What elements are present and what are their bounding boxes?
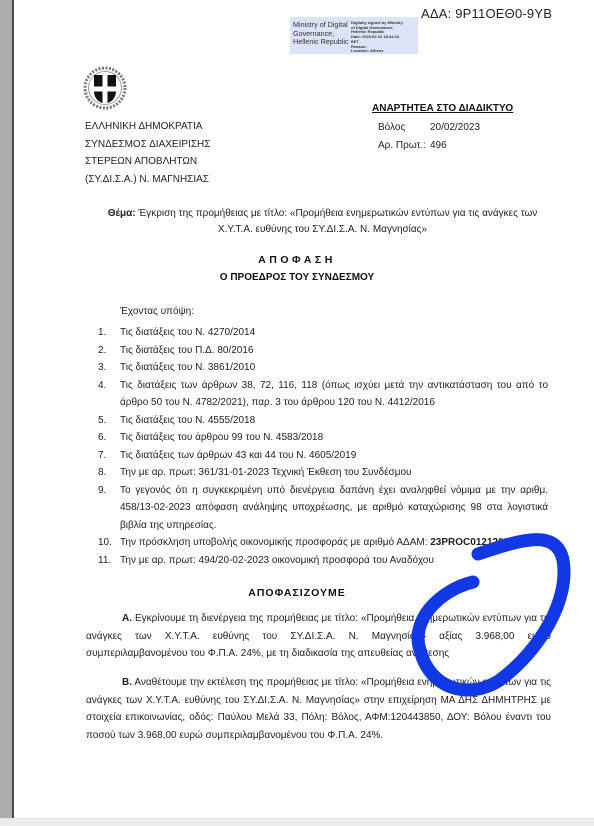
issuer-line: ΣΤΕΡΕΩΝ ΑΠΟΒΛΗΤΩΝ bbox=[85, 153, 210, 171]
consideration-number: 8. bbox=[98, 464, 120, 482]
subject-text: Έγκριση της προμήθειας με τίτλο: «Προμήθ… bbox=[138, 208, 537, 235]
consideration-text: Τις διατάξεις του Ν. 4555/2018 bbox=[120, 412, 548, 430]
signature-details: Digitally signed by Ministry of Digital … bbox=[351, 19, 415, 52]
issuer-block: ΕΛΛΗΝΙΚΗ ΔΗΜΟΚΡΑΤΙΑ ΣΥΝΔΕΣΜΟΣ ΔΙΑΧΕΙΡΙΣΗ… bbox=[85, 118, 210, 188]
consideration-item: 6.Τις διατάξεις του άρθρου 99 του Ν. 458… bbox=[98, 429, 548, 447]
subject-label: Θέμα: bbox=[108, 208, 136, 219]
posted-online-label: ΑΝΑΡΤΗΤΕΑ ΣΤΟ ΔΙΑΔΙΚΤΥΟ bbox=[372, 103, 513, 114]
greek-coat-of-arms-icon bbox=[83, 66, 127, 110]
document-date: 20/02/2023 bbox=[430, 119, 480, 137]
decision-title: ΑΠΟΦΑΣΗ bbox=[0, 254, 594, 266]
issuer-line: ΣΥΝΔΕΣΜΟΣ ΔΙΑΧΕΙΡΙΣΗΣ bbox=[85, 136, 210, 154]
consideration-text: Τις διατάξεις των άρθρων 38, 72, 116, 11… bbox=[120, 377, 548, 412]
consideration-item: 11.Την με αρ. πρωτ: 494/20-02-2023 οικον… bbox=[98, 552, 548, 570]
consideration-text: Τις διατάξεις του Ν. 3861/2010 bbox=[120, 359, 548, 377]
protocol-label: Αρ. Πρωτ.: bbox=[378, 137, 430, 155]
consideration-item: 3.Τις διατάξεις του Ν. 3861/2010 bbox=[98, 359, 548, 377]
paragraph-b: Β. Αναθέτουμε την εκτέλεση της προμήθεια… bbox=[86, 674, 551, 744]
consideration-text: Τις διατάξεις του Π.Δ. 80/2016 bbox=[120, 342, 548, 360]
consideration-item: 7.Τις διατάξεις των άρθρων 43 και 44 του… bbox=[98, 447, 548, 465]
consideration-number: 9. bbox=[98, 482, 120, 535]
signature-issuer: Ministry of Digital Governance, Hellenic… bbox=[293, 19, 351, 52]
consideration-number: 7. bbox=[98, 447, 120, 465]
president-title: Ο ΠΡΟΕΔΡΟΣ ΤΟΥ ΣΥΝΔΕΣΜΟΥ bbox=[0, 272, 594, 283]
paragraph-b-label: Β. bbox=[122, 677, 132, 688]
consideration-number: 6. bbox=[98, 429, 120, 447]
protocol-number: 496 bbox=[430, 137, 447, 155]
consideration-number: 10. bbox=[98, 534, 120, 552]
consideration-number: 1. bbox=[98, 324, 120, 342]
adam-number: 23PROC012120800 bbox=[430, 537, 520, 548]
digital-signature-box: Ministry of Digital Governance, Hellenic… bbox=[290, 17, 418, 54]
consideration-number: 5. bbox=[98, 412, 120, 430]
consideration-number: 2. bbox=[98, 342, 120, 360]
consideration-number: 4. bbox=[98, 377, 120, 412]
consideration-text: Τις διατάξεις του Ν. 4270/2014 bbox=[120, 324, 548, 342]
consideration-item: 1.Τις διατάξεις του Ν. 4270/2014 bbox=[98, 324, 548, 342]
consideration-text: Την με αρ. πρωτ: 494/20-02-2023 οικονομι… bbox=[120, 552, 548, 570]
consideration-item: 4.Τις διατάξεις των άρθρων 38, 72, 116, … bbox=[98, 377, 548, 412]
consideration-text: Την πρόσκληση υποβολής οικονομικής προσφ… bbox=[120, 534, 548, 552]
considerations-list: 1.Τις διατάξεις του Ν. 4270/20142.Τις δι… bbox=[98, 324, 548, 569]
consideration-item: 10.Την πρόσκληση υποβολής οικονομικής πρ… bbox=[98, 534, 548, 552]
consideration-item: 9.Το γεγονός ότι η συγκεκριμένη υπό διεν… bbox=[98, 482, 548, 535]
consideration-item: 5.Τις διατάξεις του Ν. 4555/2018 bbox=[98, 412, 548, 430]
paragraph-b-text: Αναθέτουμε την εκτέλεση της προμήθειας μ… bbox=[86, 677, 551, 741]
document-meta: Βόλος20/02/2023 Αρ. Πρωτ.:496 bbox=[378, 119, 480, 155]
paragraph-a: Α. Εγκρίνουμε τη διενέργεια της προμήθει… bbox=[86, 610, 551, 663]
place-label: Βόλος bbox=[378, 119, 430, 137]
paragraph-a-label: Α. bbox=[122, 613, 132, 624]
consideration-text: Τις διατάξεις του άρθρου 99 του Ν. 4583/… bbox=[120, 429, 548, 447]
consideration-number: 11. bbox=[98, 552, 120, 570]
paragraph-a-text: Εγκρίνουμε τη διενέργεια της προμήθειας … bbox=[86, 613, 551, 659]
consideration-text: Τις διατάξεις των άρθρων 43 και 44 του Ν… bbox=[120, 447, 548, 465]
issuer-line: (ΣΥ.ΔΙ.Σ.Α.) Ν. ΜΑΓΝΗΣΙΑΣ bbox=[85, 171, 210, 189]
consideration-item: 8.Την με αρ. πρωτ: 361/31-01-2023 Τεχνικ… bbox=[98, 464, 548, 482]
issuer-line: ΕΛΛΗΝΙΚΗ ΔΗΜΟΚΡΑΤΙΑ bbox=[85, 118, 210, 136]
ada-code: ΑΔΑ: 9Ρ11ΟΕΘ0-9ΥΒ bbox=[421, 6, 552, 21]
consideration-text: Την με αρ. πρωτ: 361/31-01-2023 Τεχνική … bbox=[120, 464, 548, 482]
viewer-bottom-margin bbox=[0, 818, 594, 826]
having-label: Έχοντας υπόψη: bbox=[120, 306, 194, 317]
subject: Θέμα: Έγκριση της προμήθειας με τίτλο: «… bbox=[90, 206, 555, 238]
decide-title: ΑΠΟΦΑΣΙΖΟΥΜΕ bbox=[0, 587, 594, 599]
consideration-number: 3. bbox=[98, 359, 120, 377]
viewer-left-margin bbox=[0, 0, 12, 818]
consideration-item: 2.Τις διατάξεις του Π.Δ. 80/2016 bbox=[98, 342, 548, 360]
consideration-text: Το γεγονός ότι η συγκεκριμένη υπό διενέρ… bbox=[120, 482, 548, 535]
